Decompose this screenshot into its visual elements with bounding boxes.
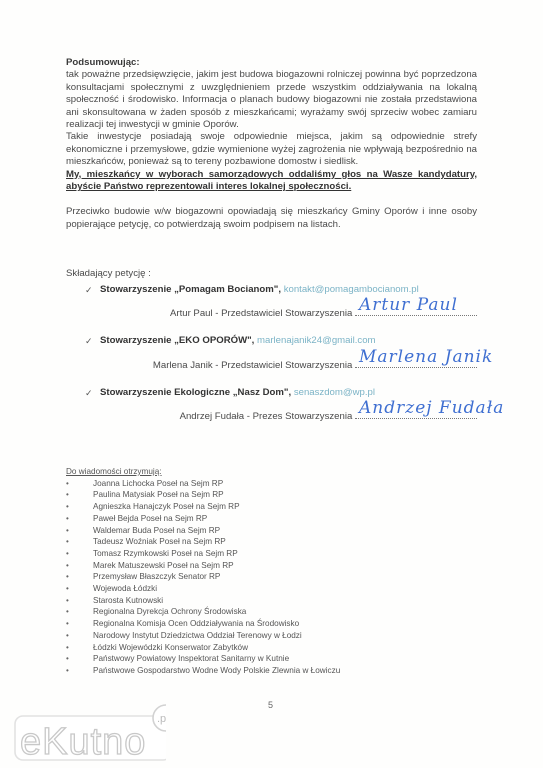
recipient-name: Narodowy Instytut Dziedzictwa Oddział Te…: [93, 631, 302, 640]
bullet-icon: •: [66, 548, 69, 560]
recipient-name: Państwowy Powiatowy Inspektorat Sanitarn…: [93, 654, 289, 663]
recipient-name: Państwowe Gospodarstwo Wodne Wody Polski…: [93, 666, 340, 675]
distribution-item: •Regionalna Komisja Ocen Oddziaływania n…: [66, 618, 340, 630]
distribution-item: •Joanna Lichocka Poseł na Sejm RP: [66, 478, 340, 490]
recipient-name: Paweł Bejda Poseł na Sejm RP: [93, 514, 207, 523]
signer-entry: ✓ Stowarzyszenie „Pomagam Bocianom", kon…: [66, 284, 477, 329]
recipient-name: Waldemar Buda Poseł na Sejm RP: [93, 526, 220, 535]
recipient-name: Paulina Matysiak Poseł na Sejm RP: [93, 490, 224, 499]
organization-email-link[interactable]: kontakt@pomagambocianom.pl: [284, 284, 419, 295]
recipient-name: Regionalna Komisja Ocen Oddziaływania na…: [93, 619, 299, 628]
distribution-item: •Państwowe Gospodarstwo Wodne Wody Polsk…: [66, 665, 340, 677]
recipient-name: Tadeusz Woźniak Poseł na Sejm RP: [93, 537, 226, 546]
signer-representative-line: Andrzej Fudała - Prezes Stowarzyszenia A…: [66, 408, 477, 432]
bullet-icon: •: [66, 560, 69, 572]
signer-organization-line: ✓ Stowarzyszenie „EKO OPORÓW", marlenaja…: [66, 335, 477, 347]
summary-heading: Podsumowując:: [66, 57, 477, 69]
distribution-item: •Tomasz Rzymkowski Poseł na Sejm RP: [66, 548, 340, 560]
distribution-item: •Narodowy Instytut Dziedzictwa Oddział T…: [66, 630, 340, 642]
distribution-item: •Starosta Kutnowski: [66, 595, 340, 607]
distribution-item: •Agnieszka Hanajczyk Poseł na Sejm RP: [66, 501, 340, 513]
ekutno-logo-watermark: eKutno .pl: [14, 702, 166, 762]
bullet-icon: •: [66, 642, 69, 654]
distribution-item: •Waldemar Buda Poseł na Sejm RP: [66, 525, 340, 537]
bullet-icon: •: [66, 501, 69, 513]
bullet-icon: •: [66, 513, 69, 525]
checkmark-icon: ✓: [85, 284, 93, 296]
distribution-item: •Marek Matuszewski Poseł na Sejm RP: [66, 560, 340, 572]
bullet-icon: •: [66, 618, 69, 630]
signature-line: Marlena Janik: [355, 357, 477, 368]
distribution-section: Do wiadomości otrzymują: •Joanna Lichock…: [66, 466, 340, 677]
handwritten-signature: Andrzej Fudała: [359, 400, 504, 417]
signers-list: ✓ Stowarzyszenie „Pomagam Bocianom", kon…: [66, 284, 477, 432]
representative-name: Andrzej Fudała - Prezes Stowarzyszenia: [180, 411, 353, 422]
signature-line: Artur Paul: [355, 305, 477, 316]
svg-text:eKutno: eKutno: [20, 721, 146, 762]
bullet-icon: •: [66, 665, 69, 677]
recipient-name: Starosta Kutnowski: [93, 596, 163, 605]
bullet-icon: •: [66, 571, 69, 583]
bullet-icon: •: [66, 653, 69, 665]
signer-entry: ✓ Stowarzyszenie „EKO OPORÓW", marlenaja…: [66, 335, 477, 380]
distribution-item: •Państwowy Powiatowy Inspektorat Sanitar…: [66, 653, 340, 665]
handwritten-signature: Marlena Janik: [359, 349, 493, 366]
organization-name: Stowarzyszenie „EKO OPORÓW",: [86, 335, 254, 346]
recipient-name: Regionalna Dyrekcja Ochrony Środowiska: [93, 607, 246, 616]
signers-label: Składający petycję :: [66, 268, 477, 280]
distribution-item: •Paweł Bejda Poseł na Sejm RP: [66, 513, 340, 525]
distribution-item: •Łódzki Wojewódzki Konserwator Zabytków: [66, 642, 340, 654]
recipient-name: Łódzki Wojewódzki Konserwator Zabytków: [93, 643, 248, 652]
bullet-icon: •: [66, 583, 69, 595]
page-number: 5: [268, 700, 273, 710]
distribution-item: •Wojewoda Łódzki: [66, 583, 340, 595]
recipient-name: Joanna Lichocka Poseł na Sejm RP: [93, 479, 223, 488]
signer-entry: ✓ Stowarzyszenie Ekologiczne „Nasz Dom",…: [66, 387, 477, 432]
checkmark-icon: ✓: [85, 335, 93, 347]
paragraph-summary: tak poważne przedsięwzięcie, jakim jest …: [66, 69, 477, 131]
signer-representative-line: Marlena Janik - Przedstawiciel Stowarzys…: [66, 357, 477, 381]
distribution-item: •Tadeusz Woźniak Poseł na Sejm RP: [66, 536, 340, 548]
organization-email-link[interactable]: senaszdom@wp.pl: [294, 387, 375, 398]
organization-email-link[interactable]: marlenajanik24@gmail.com: [257, 335, 376, 346]
signature-line: Andrzej Fudała: [355, 408, 477, 419]
organization-name: Stowarzyszenie Ekologiczne „Nasz Dom",: [86, 387, 291, 398]
paragraph-opposition: Przeciwko budowie w/w biogazowni opowiad…: [66, 206, 477, 231]
recipient-name: Przemysław Błaszczyk Senator RP: [93, 572, 220, 581]
representative-name: Artur Paul - Przedstawiciel Stowarzyszen…: [170, 308, 352, 319]
recipient-name: Agnieszka Hanajczyk Poseł na Sejm RP: [93, 502, 240, 511]
bullet-icon: •: [66, 606, 69, 618]
recipient-name: Marek Matuszewski Poseł na Sejm RP: [93, 561, 234, 570]
bullet-icon: •: [66, 525, 69, 537]
bullet-icon: •: [66, 536, 69, 548]
representative-name: Marlena Janik - Przedstawiciel Stowarzys…: [153, 360, 352, 371]
handwritten-signature: Artur Paul: [359, 297, 458, 314]
checkmark-icon: ✓: [85, 387, 93, 399]
recipient-name: Tomasz Rzymkowski Poseł na Sejm RP: [93, 549, 238, 558]
distribution-list: •Joanna Lichocka Poseł na Sejm RP•Paulin…: [66, 478, 340, 677]
distribution-item: •Paulina Matysiak Poseł na Sejm RP: [66, 489, 340, 501]
svg-text:.pl: .pl: [157, 713, 166, 725]
organization-name: Stowarzyszenie „Pomagam Bocianom",: [86, 284, 281, 295]
signer-representative-line: Artur Paul - Przedstawiciel Stowarzyszen…: [66, 305, 477, 329]
paragraph-zones: Takie inwestycje posiadają swoje odpowie…: [66, 131, 477, 168]
bullet-icon: •: [66, 630, 69, 642]
document-body: Podsumowując: tak poważne przedsięwzięci…: [66, 57, 477, 432]
bullet-icon: •: [66, 595, 69, 607]
document-page: Podsumowując: tak poważne przedsięwzięci…: [0, 0, 543, 768]
bullet-icon: •: [66, 478, 69, 490]
distribution-item: •Przemysław Błaszczyk Senator RP: [66, 571, 340, 583]
distribution-item: •Regionalna Dyrekcja Ochrony Środowiska: [66, 606, 340, 618]
emphasis-statement: My, mieszkańcy w wyborach samorządowych …: [66, 169, 477, 194]
bullet-icon: •: [66, 489, 69, 501]
distribution-title: Do wiadomości otrzymują:: [66, 466, 340, 478]
recipient-name: Wojewoda Łódzki: [93, 584, 157, 593]
